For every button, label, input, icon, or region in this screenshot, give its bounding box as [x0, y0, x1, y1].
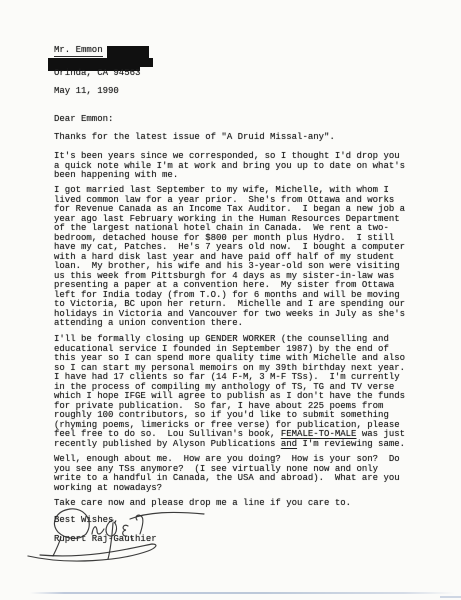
recipient-line: Mr. Emmon — [54, 46, 103, 56]
paragraph-2: It's been years since we corresponded, s… — [54, 152, 405, 181]
redaction-box-address-step — [140, 58, 153, 67]
book-title-underlined: FEMALE-TO-MALE — [281, 429, 357, 439]
underlined-and: and — [281, 439, 297, 449]
paragraph-4-tail: feel free to do so. Lou Sullivan's book,… — [54, 430, 405, 449]
date-line: May 11, 1990 — [54, 87, 119, 97]
handwritten-signature-ink — [20, 506, 230, 571]
scan-edge-line-small — [440, 596, 461, 598]
paragraph-4-tail-pre: feel free to do so. Lou Sullivan's book, — [54, 429, 281, 439]
paragraph-5: Well, enough about me. How are you doing… — [54, 455, 400, 493]
paragraph-1: Thanks for the latest issue of "A Druid … — [54, 133, 335, 143]
paragraph-4-tail-post: I'm reviewing same. — [297, 439, 405, 449]
recipient-name: Mr. Emmon — [54, 45, 103, 57]
paragraph-4: I'll be formally closing up GENDER WORKE… — [54, 335, 405, 449]
salutation: Dear Emmon: — [54, 115, 113, 125]
city-line: Orinda, CA 94563 — [54, 69, 140, 79]
scanned-letter-page: Mr. Emmon Orinda, CA 94563 May 11, 1990 … — [0, 0, 461, 600]
paragraph-4-main: I'll be formally closing up GENDER WORKE… — [54, 335, 405, 430]
scan-edge-line — [30, 592, 455, 594]
paragraph-3: I got married last September to my wife,… — [54, 186, 405, 329]
